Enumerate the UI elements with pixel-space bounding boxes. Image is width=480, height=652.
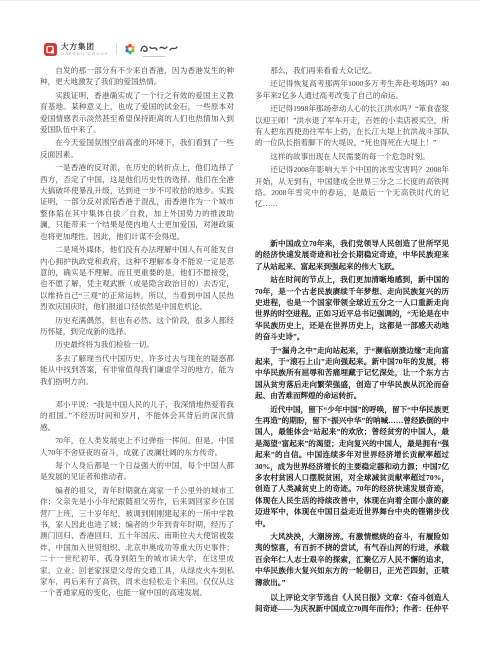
paragraph: 一是香港的反对派，在历史的转折点上，他们选择了西方，否定了中国，这是他们历史性的… (40, 162, 234, 242)
left-column: 自发的那一部分有不少来自香港，因为香港发生的种种，更大地激发了我们的爱国热情。 … (40, 65, 234, 617)
paragraph: 那么，我们再来看看大众记忆。 (255, 65, 449, 76)
paragraph: 还记得2008年影响大半个中国的冰雪灾害吗？2008年开始，从无到有，中国建成全… (255, 164, 449, 210)
header: 大方集团 DAFANG GROUP (44, 39, 179, 59)
paragraph-bold: 大风泱泱，大潮滂滂。有激情燃烧的奋斗，有履险如夷的惊喜，有百折不挠的尝试，有气吞… (255, 531, 449, 588)
paragraph: 二是境外媒体，他们没有办法理解中国人有可能发自内心拥护执政党和政府，这种不理解本… (40, 244, 234, 312)
paragraph-bold: 新中国成立70年来，我们党领导人民创造了世所罕见的经济快速发展奇迹和社会长期稳定… (255, 238, 449, 272)
paragraph-bold: 近代中国，留下“少年中国”的呼唤，留下“中华民族更生再造”的期盼，留下“振兴中华… (255, 404, 449, 529)
article-body: 自发的那一部分有不少来自香港，因为香港发生的种种，更大地激发了我们的爱国热情。 … (40, 65, 449, 617)
paragraph-bold: 站在时间的节点上，我们更加清晰地感到，新中国的70年，是一个古老民族赓续千年梦想… (255, 274, 449, 342)
brand-name: 大方集团 (61, 43, 109, 51)
paragraph: 编者的祖父，青年时期就在离家一千公里外的城市工作；父亲先是小小年纪跟随祖父劳作，… (40, 485, 234, 599)
calligraphy-caption (143, 56, 165, 57)
brand-subtext: DAFANG GROUP (61, 52, 109, 56)
pinwheel-icon (124, 43, 136, 55)
calligraphy-logo (139, 42, 179, 57)
bold-excerpt-section: 新中国成立70年来，我们党领导人民创造了世所罕见的经济快速发展奇迹和社会长期稳定… (255, 238, 449, 615)
paragraph: 邓小平说：“我是中国人民的儿子，我深情地热爱着我的祖国。”不经历时间和岁月，不能… (40, 399, 234, 433)
brand-logo: 大方集团 DAFANG GROUP (44, 43, 109, 56)
document-page: 大方集团 DAFANG GROUP (0, 0, 480, 652)
brand-text-block: 大方集团 DAFANG GROUP (61, 43, 109, 56)
logo-divider (116, 43, 117, 55)
paragraph: 70年，在人类发展史上不过弹指一挥间。但是，中国人70年不舍昼夜的奋斗，成就了波… (40, 435, 234, 458)
paragraph: 还记得恢复高考那两年1000多万考生奔赴考场吗？40多年来2亿多人通过高考改变了… (255, 78, 449, 101)
paragraph: 每个人身后都是一个日益强大的中国，每个中国人都是发展的见证者和推动者。 (40, 460, 234, 483)
paragraph: 历史最终将为我们检验一切。 (40, 339, 234, 350)
paragraph: 还记得1998年那场牵动人心的长江洪水吗？“箪食壶浆以迎王师！”洪水退了军车开走… (255, 103, 449, 149)
paragraph-bold: 于“漏舟之中”走向站起来，于“濒临崩溃边缘”走向富起来，于“滚石上山”走向强起来… (255, 345, 449, 402)
attribution-note: 以上评论文字节选自《人民日报》文章：《奋斗创造人间奇迹——为庆祝新中国成立70周… (255, 592, 449, 615)
paragraph: 在今天爱国氛围空前高涨的环境下，我们看到了一些反面因素。 (40, 137, 234, 160)
paragraph: 多去了解现当代中国历史，许多过去与现在的疑惑都能从中找到答案，有非常值得我们谦虚… (40, 353, 234, 387)
right-column: 那么，我们再来看看大众记忆。 还记得恢复高考那两年1000多万考生奔赴考场吗？4… (255, 65, 449, 617)
paragraph: 自发的那一部分有不少来自香港，因为香港发生的种种，更大地激发了我们的爱国热情。 (40, 65, 234, 88)
paragraph: 这样的故事出现在人民需要的每一个危急时刻。 (255, 151, 449, 162)
dafang-logo-icon (44, 43, 57, 56)
partner-logo (124, 42, 179, 57)
paragraph: 实践证明，香港确实成了一个行之有效的爱国主义教育基地。某种意义上，也成了爱国的试… (40, 90, 234, 136)
paragraph: 历史充满偶然，但也有必然。这个阶段，很多人都经历怀疑，到完成新的选择。 (40, 315, 234, 338)
